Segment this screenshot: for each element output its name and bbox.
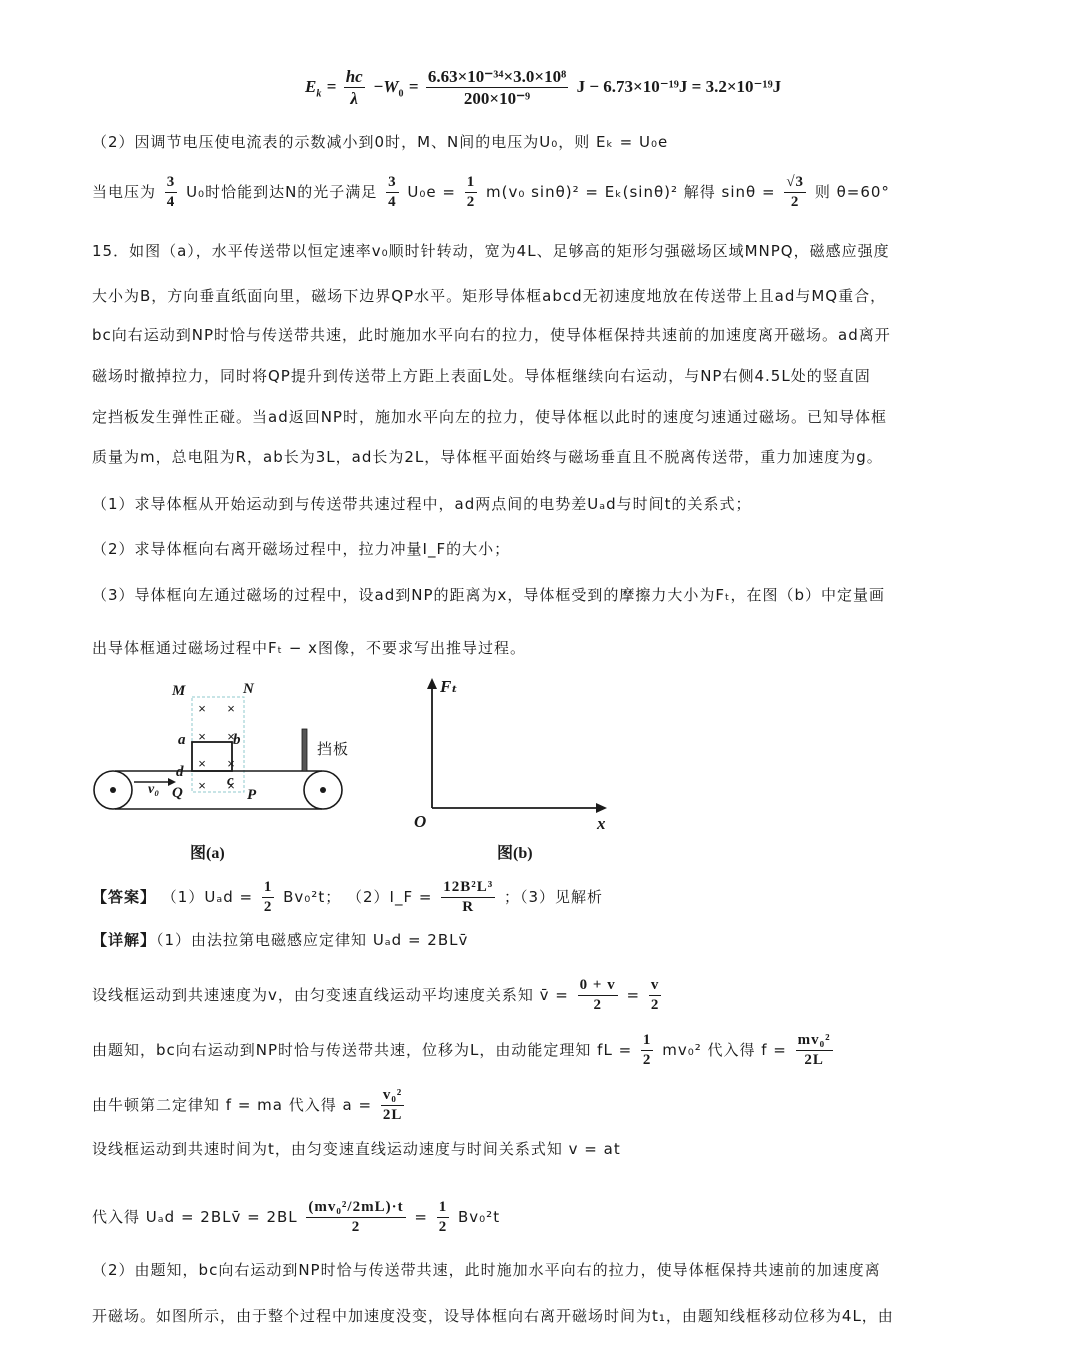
label-a: a [178,732,186,749]
label-baffle: 挡板 [317,738,349,759]
svg-text:×: × [198,756,206,771]
fraction-3-4-b: 34 [386,175,399,210]
label-Q: Q [172,785,183,802]
y-axis-label: Fₜ [440,677,458,697]
label-c: c [227,773,234,790]
fraction-v-2: v2 [649,978,662,1013]
text-line-3: 当电压为 34 U₀时恰能到达N的光子满足 34 U₀e = 12 m(v₀ s… [92,175,890,210]
fraction-1-2: 12 [465,175,478,210]
detail-line-3: 由题知，bc向右运动到NP时恰与传送带共速，位移为L，由动能定理知 fL = 1… [92,1033,836,1068]
figure-b-caption: 图(b) [497,840,533,863]
fraction-friction: mv₀²2L [796,1033,833,1068]
fraction-sqrt3-2: √32 [784,175,806,210]
sub-question-1: （1）求导体框从开始运动到与传送带共速过程中，ad两点间的电势差Uₐd与时间t的… [92,497,752,512]
fraction-1-2-energy: 12 [641,1033,654,1068]
empty-axes-graph [410,675,610,835]
sub-question-3-line-1: （3）导体框向左通过磁场的过程中，设ad到NP的距离为x，导体框受到的摩擦力大小… [92,588,885,603]
svg-text:×: × [227,756,235,771]
fraction-hc-lambda: hc λ [344,68,365,107]
svg-text:×: × [198,778,206,793]
svg-text:×: × [198,701,206,716]
figure-a-conveyor-diagram: ×× ×× ×× ×× M N a b d c Q P v₀ 挡板 [90,675,360,825]
detail-line-7: （2）由题知，bc向右运动到NP时恰与传送带共速，此时施加水平向右的拉力，使导体… [92,1263,881,1278]
figure-a-caption: 图(a) [190,840,225,863]
detail-line-6: 代入得 Uₐd = 2BLv̄ = 2BL (mv₀²/2mL)·t2 = 12… [92,1200,500,1235]
question-15-line-4: 磁场时撤掉拉力，同时将QP提升到传送带上方距上表面L处。导体框继续向右运动，与N… [92,369,871,384]
label-v0: v₀ [148,782,159,798]
detail-line-2: 设线框运动到共速速度为v，由匀变速直线运动平均速度关系知 v̄ = 0 + v2… [92,978,664,1013]
fraction-compound: (mv₀²/2mL)·t2 [306,1200,405,1235]
question-15-line-2: 大小为B，方向垂直纸面向里，磁场下边界QP水平。矩形导体框abcd无初速度地放在… [92,289,886,304]
label-P: P [247,787,256,804]
svg-text:×: × [198,729,206,744]
label-b: b [233,732,241,749]
question-15-line-6: 质量为m，总电阻为R，ab长为3L，ad长为2L，导体框平面始终与磁场垂直且不脱… [92,450,883,465]
sub-question-3-line-2: 出导体框通过磁场过程中Fₜ − x图像，不要求写出推导过程。 [92,641,526,656]
figure-b-ft-x-axes: Fₜ O x [410,675,610,835]
question-15-line-3: bc向右运动到NP时恰与传送带共速，此时施加水平向右的拉力，使导体框保持共速前的… [92,328,891,343]
fraction-acceleration: v₀²2L [381,1088,405,1123]
origin-label: O [414,812,426,832]
fraction-energy: 6.63×10⁻³⁴×3.0×10⁸ 200×10⁻⁹ [426,68,568,107]
question-15-line-1: 15．如图（a），水平传送带以恒定速率v₀顺时针转动，宽为4L、足够高的矩形匀强… [92,244,890,259]
text-line-2: （2）因调节电压使电流表的示数减小到0时，M、N间的电压为U₀，则 Eₖ = U… [92,135,668,150]
answer-line: 【答案】 （1）Uₐd = 12 Bv₀²t； （2）I_F = 12B²L³R… [92,880,603,915]
fraction-answer-1: 12 [262,880,275,915]
fraction-1-2-result: 12 [437,1200,450,1235]
detail-line-8: 开磁场。如图所示，由于整个过程中加速度没变，设导体框向右离开磁场时间为t₁，由题… [92,1309,894,1324]
x-axis-label: x [597,814,606,834]
label-d: d [176,764,184,781]
formula-ek: Ek = hc λ −W0 = 6.63×10⁻³⁴×3.0×10⁸ 200×1… [305,68,781,107]
label-M: M [172,683,185,700]
label-N: N [243,681,254,698]
question-15-line-5: 定挡板发生弹性正碰。当ad返回NP时，施加水平向左的拉力，使导体框以此时的速度匀… [92,410,887,425]
detail-line-4: 由牛顿第二定律知 f = ma 代入得 a = v₀²2L [92,1088,407,1123]
fraction-avg-velocity: 0 + v2 [578,978,618,1013]
detail-line-5: 设线框运动到共速时间为t，由匀变速直线运动速度与时间关系式知 v = at [92,1142,621,1157]
svg-text:×: × [227,701,235,716]
detail-line-1: 【详解】（1）由法拉第电磁感应定律知 Uₐd = 2BLv̄ [92,933,468,948]
fraction-3-4: 34 [165,175,178,210]
sub-question-2: （2）求导体框向右离开磁场过程中，拉力冲量I_F的大小； [92,542,510,557]
fraction-answer-2: 12B²L³R [441,880,495,915]
